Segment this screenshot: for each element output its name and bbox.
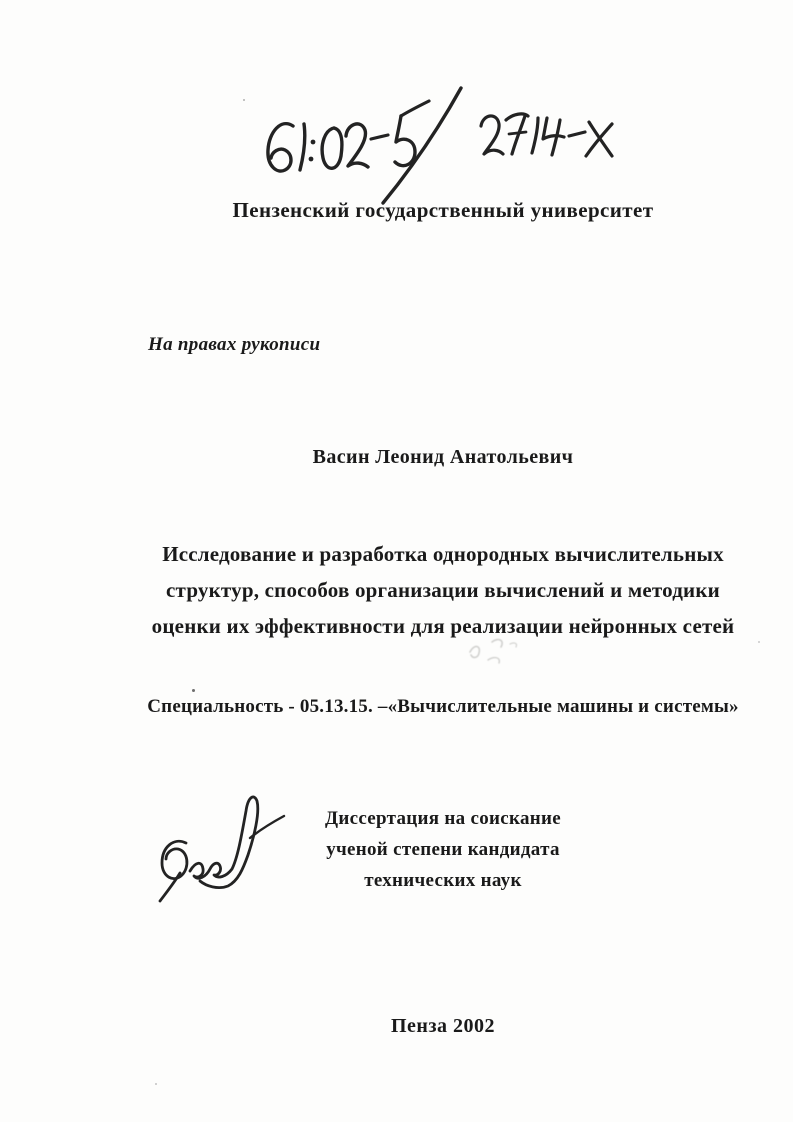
title-line-1: Исследование и разработка однородных выч… [90, 536, 793, 572]
university-name: Пензенский государственный университет [90, 198, 793, 223]
printed-text-area: Пензенский государственный университет В… [90, 0, 793, 1122]
thesis-line-2: ученой степени кандидата [90, 834, 793, 865]
title-line-2: структур, способов организации вычислени… [90, 572, 793, 608]
scan-speck [192, 689, 195, 692]
thesis-statement: Диссертация на соискание ученой степени … [90, 803, 793, 896]
title-line-3: оценки их эффективности для реализации н… [90, 608, 793, 644]
city-year: Пенза 2002 [90, 1015, 793, 1038]
specialty-line: Специальность - 05.13.15. –«Вычислительн… [90, 696, 793, 718]
scan-speck [155, 1083, 157, 1085]
scan-speck [758, 641, 760, 643]
thesis-line-3: технических наук [90, 865, 793, 896]
dissertation-title: Исследование и разработка однородных выч… [90, 536, 793, 644]
scan-speck [243, 99, 245, 101]
dissertation-title-page: Пензенский государственный университет В… [0, 0, 793, 1122]
thesis-line-1: Диссертация на соискание [90, 803, 793, 834]
manuscript-rights-note: На правах рукописи [148, 334, 320, 356]
author-name: Васин Леонид Анатольевич [90, 446, 793, 469]
